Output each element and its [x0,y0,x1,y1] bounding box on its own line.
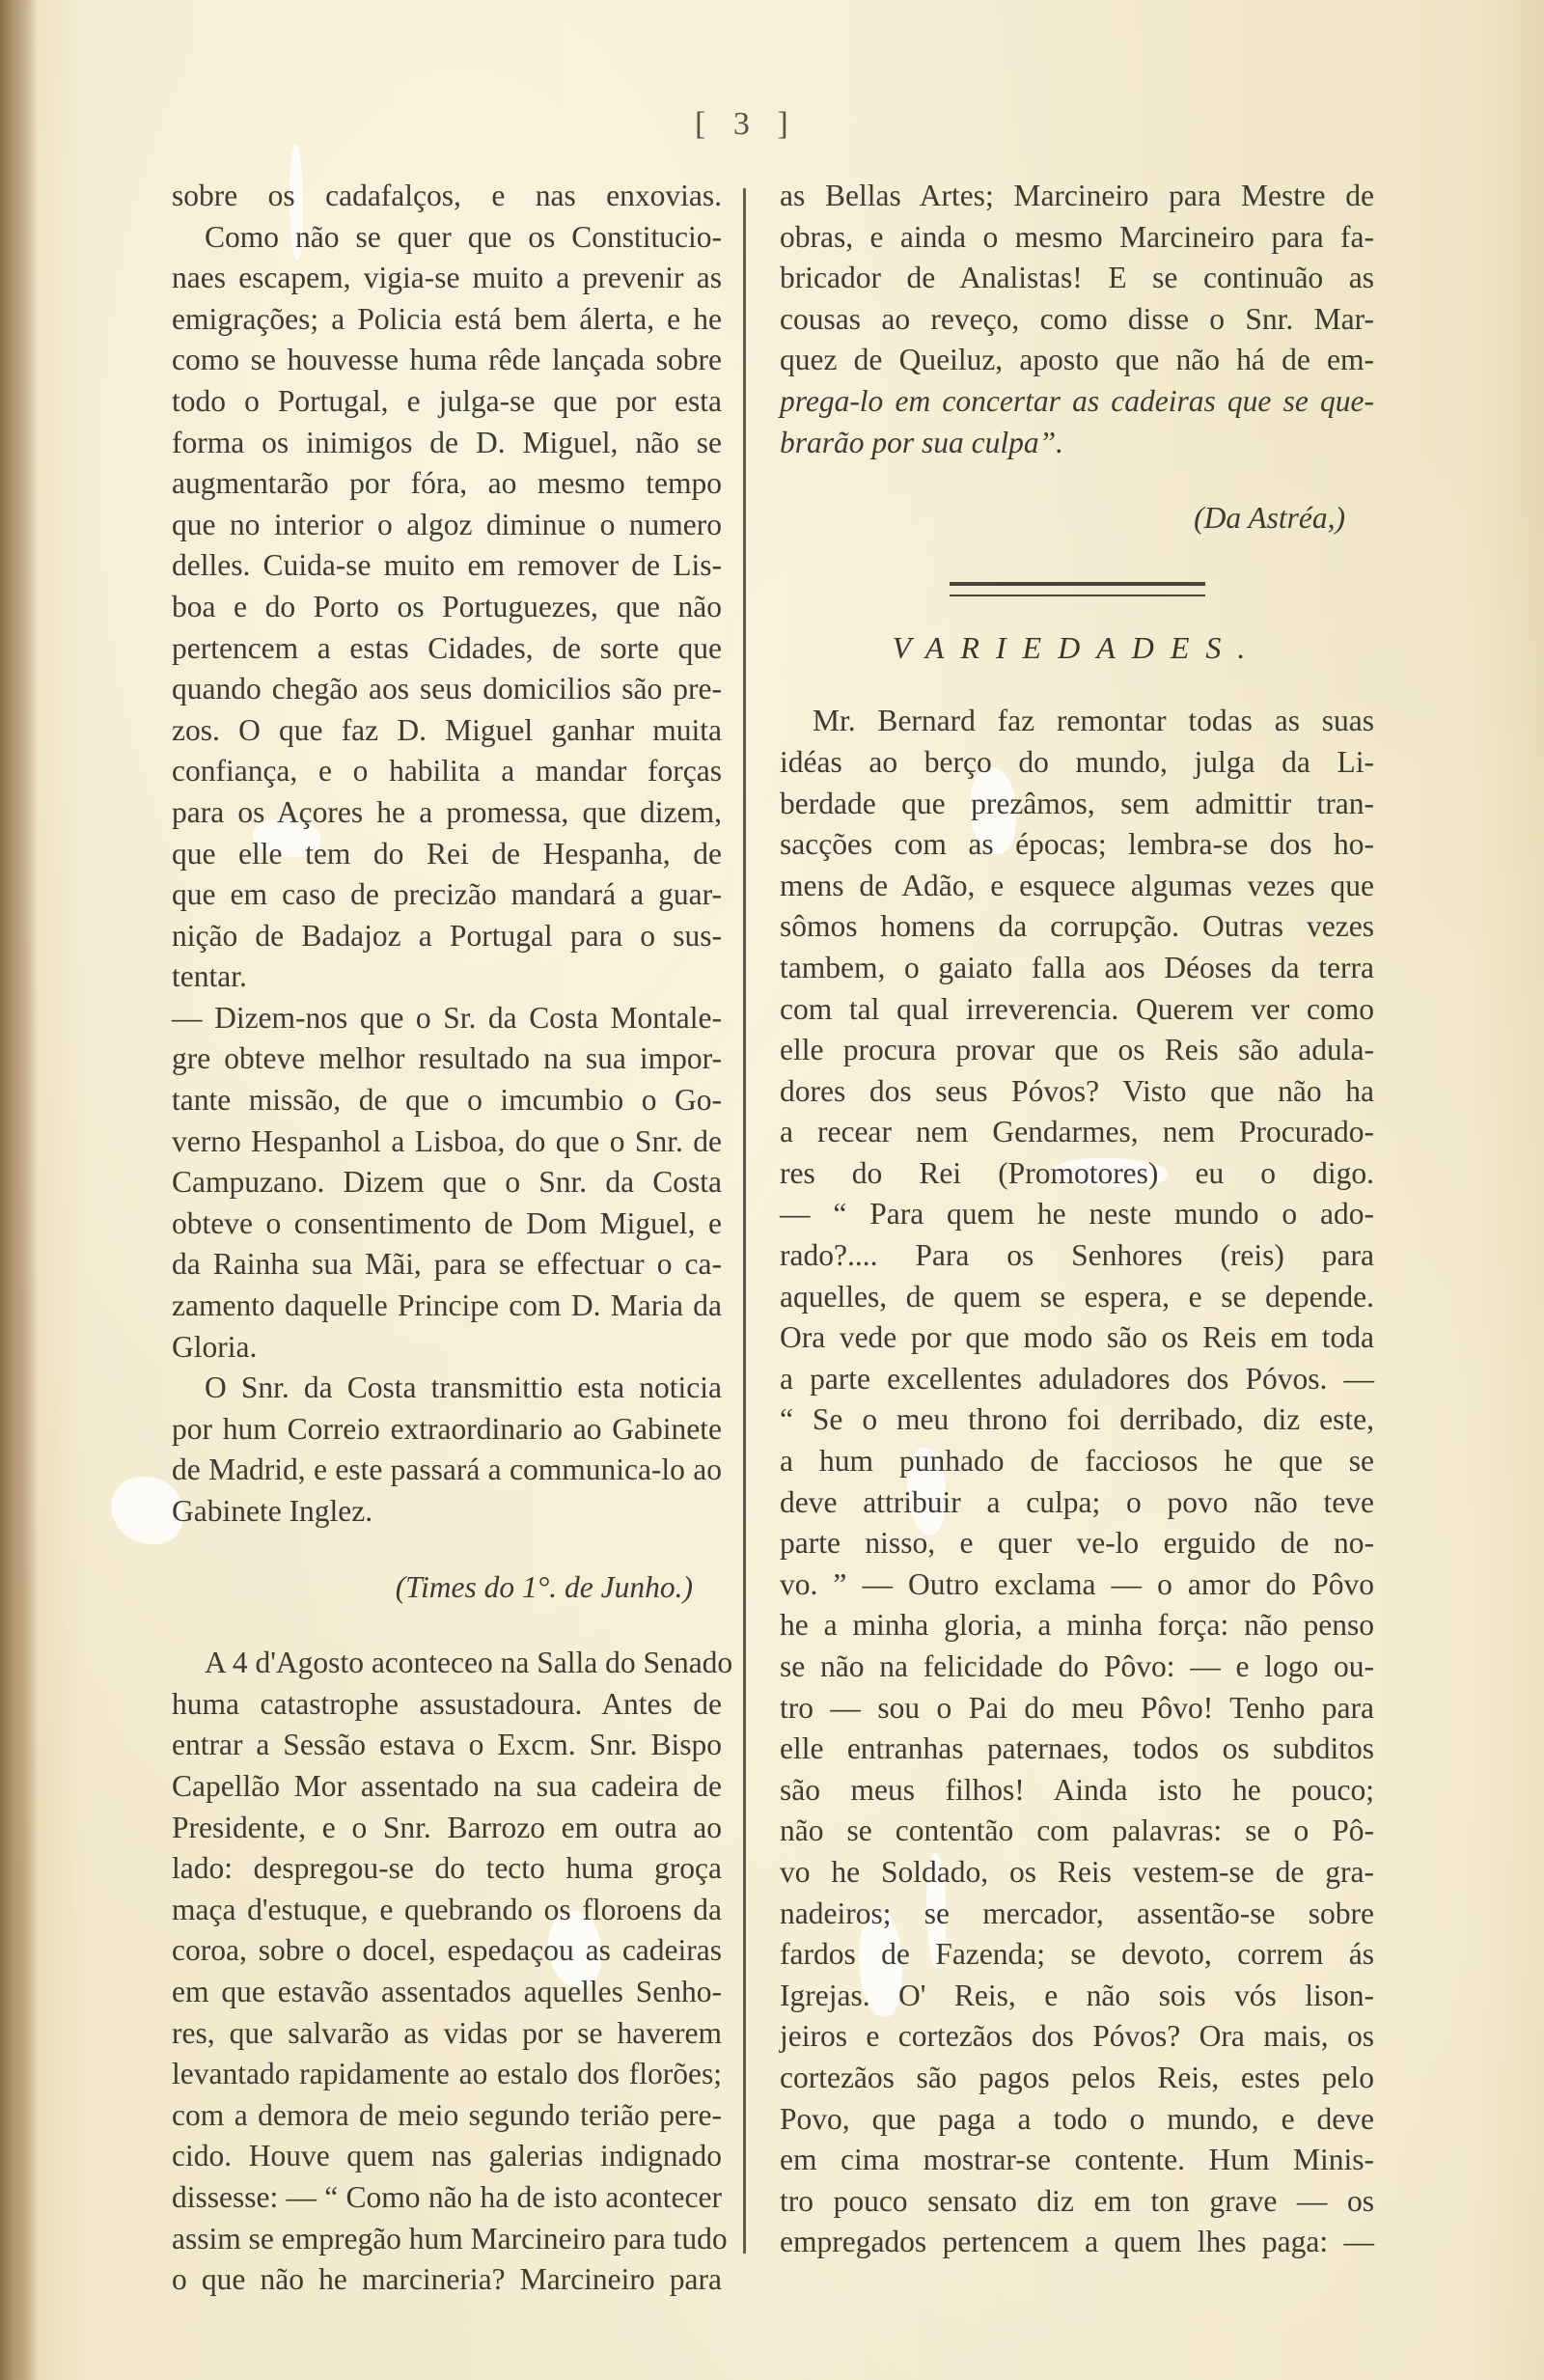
text-line: naes escapem, vigia-se muito a prevenir … [172,258,722,299]
text-line: Mr. Bernard faz remontar todas as suas [780,701,1374,742]
text-line: em cima mostrar-se contente. Hum Minis- [780,2140,1374,2181]
text-line: maça d'estuque, e quebrando os floroens … [172,1890,722,1931]
text-line: bricador de Analistas! E se continuão as [780,258,1374,299]
text-line: res, que salvarão as vidas por se havere… [172,2013,722,2055]
text-line: elle procura provar que os Reis são adul… [780,1030,1374,1071]
text-line: pertencem a estas Cidades, de sorte que [172,628,722,670]
text-line: tro pouco sensato diz em ton grave — os [780,2181,1374,2223]
text-line: zamento daquelle Principe com D. Maria d… [172,1286,722,1327]
text-line: tentar. [172,956,722,998]
text-line: berdade que prezâmos, sem admittir tran- [780,784,1374,825]
text-line: todo o Portugal, e julga-se que por esta [172,381,722,423]
text-line: assim se empregão hum Marcineiro para tu… [172,2219,722,2260]
text-line: Capellão Mor assentado na sua cadeira de [172,1766,722,1808]
text-line: parte nisso, e quer ve-lo erguido de no- [780,1523,1374,1564]
text-line: de Madrid, e este passará a communica-lo… [172,1450,722,1491]
section-heading: VARIEDADES. [780,627,1374,669]
text-line: rado?.... Para os Senhores (reis) para [780,1235,1374,1277]
text-line: tro — sou o Pai do meu Pôvo! Tenho para [780,1688,1374,1730]
text-line: levantado rapidamente ao estalo dos flor… [172,2054,722,2095]
text-line: zos. O que faz D. Miguel ganhar muita [172,710,722,752]
text-line: Presidente, e o Snr. Barrozo em outra ao [172,1808,722,1849]
text-line: quez de Queiluz, aposto que não há de em… [780,340,1374,381]
text-line: a parte excellentes aduladores dos Póvos… [780,1359,1374,1400]
text-line: — Dizem-nos que o Sr. da Costa Montale- [172,998,722,1039]
text-line: emigrações; a Policia está bem álerta, e… [172,299,722,341]
text-line: O Snr. da Costa transmittio esta noticia [172,1368,722,1409]
text-line: A 4 d'Agosto aconteceo na Salla do Senad… [172,1643,722,1684]
text-line: dissesse: — “ Como não ha de isto aconte… [172,2177,722,2219]
text-line: Povo, que paga a todo o mundo, e deve [780,2099,1374,2141]
spacer [172,1533,722,1567]
text-line: confiança, e o habilita a mandar forças [172,751,722,792]
text-line: boa e do Porto os Portuguezes, que não [172,587,722,628]
text-line: sobre os cadafalços, e nas enxovias. [172,176,722,217]
source-credit: (Times do 1°. de Junho.) [172,1567,722,1609]
text-line: huma catastrophe assustadoura. Antes de [172,1684,722,1726]
text-line: são meus filhos! Ainda isto he pouco; [780,1770,1374,1812]
page-number: [ 3 ] [695,106,798,143]
left-column: sobre os cadafalços, e nas enxovias. Com… [172,176,722,2301]
text-line: quando chegão aos seus domicilios são pr… [172,669,722,710]
text-line: como se houvesse huma rêde lançada sobre [172,340,722,381]
text-line: a hum punhado de facciosos he que se [780,1441,1374,1482]
text-line: Igrejas. O' Reis, e não sois vós lison- [780,1976,1374,2017]
text-line: obteve o consentimento de Dom Miguel, e [172,1204,722,1245]
text-line: a recear nem Gendarmes, nem Procurado- [780,1112,1374,1153]
text-line: vo. ” — Outro exclama — o amor do Pôvo [780,1564,1374,1606]
text-line: da Rainha sua Mãi, para se effectuar o c… [172,1244,722,1286]
text-line: elle entranhas paternaes, todos os subdi… [780,1729,1374,1770]
text-line: coroa, sobre o docel, espedaçou as cadei… [172,1930,722,1972]
text-line: — “ Para quem he neste mundo o ado- [780,1194,1374,1235]
text-line: Campuzano. Dizem que o Snr. da Costa [172,1162,722,1204]
source-credit: (Da Astréa,) [780,498,1374,540]
text-line: cortezãos são pagos pelos Reis, estes pe… [780,2058,1374,2099]
text-line: tambem, o gaiato falla aos Déoses da ter… [780,948,1374,989]
text-line: aquelles, de quem se espera, e se depend… [780,1277,1374,1318]
text-line: vo he Soldado, os Reis vestem-se de gra- [780,1852,1374,1894]
text-line: para os Açores he a promessa, que dizem, [172,792,722,834]
text-line: cido. Houve quem nas galerias indignado [172,2136,722,2177]
spacer [780,463,1374,498]
text-line: com tal qual irreverencia. Querem ver co… [780,989,1374,1031]
text-line: Gloria. [172,1327,722,1369]
text-line: mens de Adão, e esquece algumas vezes qu… [780,866,1374,907]
text-line: as Bellas Artes; Marcineiro para Mestre … [780,176,1374,217]
text-line: cousas ao reveço, como disse o Snr. Mar- [780,299,1374,341]
newspaper-page: [ 3 ] sobre os cadafalços, e nas enxovia… [0,0,1544,2380]
text-line: jeiros e cortezãos dos Póvos? Ora mais, … [780,2016,1374,2058]
text-line: que elle tem do Rei de Hespanha, de [172,834,722,875]
text-line: fardos de Fazenda; se devoto, correm ás [780,1934,1374,1976]
text-line: Ora vede por que modo são os Reis em tod… [780,1317,1374,1359]
section-double-rule [950,582,1205,596]
text-line: obras, e ainda o mesmo Marcineiro para f… [780,217,1374,259]
text-line: brarão por sua culpa”. [780,423,1374,464]
text-line: dores dos seus Póvos? Visto que não ha [780,1071,1374,1113]
text-line: res do Rei (Promotores) eu o digo. [780,1153,1374,1195]
text-line: “ Se o meu throno foi derribado, diz est… [780,1399,1374,1441]
text-line: nadeiros; se mercador, assentão-se sobre [780,1894,1374,1935]
page-binding-edge [0,0,37,2380]
text-line: o que não he marcineria? Marcineiro para [172,2259,722,2301]
text-line: forma os inimigos de D. Miguel, não se [172,423,722,464]
text-line: empregados pertencem a quem lhes paga: — [780,2222,1374,2263]
text-line: que no interior o algoz diminue o numero [172,505,722,546]
spacer [172,1608,722,1643]
right-column: as Bellas Artes; Marcineiro para Mestre … [780,176,1374,2263]
column-divider-rule [743,188,746,2254]
text-line: entrar a Sessão estava o Excm. Snr. Bisp… [172,1725,722,1766]
text-line: se não na felicidade do Pôvo: — e logo o… [780,1647,1374,1688]
text-line: com a demora de meio segundo terião pere… [172,2095,722,2137]
text-line: lado: despregou-se do tecto huma groça [172,1848,722,1890]
text-line: deve attribuir a culpa; o povo não teve [780,1482,1374,1524]
text-line: sacções com as épocas; lembra-se dos ho- [780,824,1374,866]
text-line: delles. Cuida-se muito em remover de Lis… [172,545,722,587]
text-line: Gabinete Inglez. [172,1491,722,1533]
text-line: idéas ao berço do mundo, julga da Li- [780,742,1374,784]
text-line: Como não se quer que os Constitucio- [172,217,722,259]
text-line: prega-lo em concertar as cadeiras que se… [780,381,1374,423]
text-line: não se contentão com palavras: se o Pô- [780,1811,1374,1852]
text-line: tante missão, de que o imcumbio o Go- [172,1080,722,1121]
text-line: sômos homens da corrupção. Outras vezes [780,906,1374,948]
text-line: he a minha gloria, a minha força: não pe… [780,1605,1374,1647]
text-line: augmentarão por fóra, ao mesmo tempo [172,463,722,505]
text-line: verno Hespanhol a Lisboa, do que o Snr. … [172,1121,722,1163]
text-line: que em caso de precizão mandará a guar- [172,874,722,916]
text-line: gre obteve melhor resultado na sua impor… [172,1038,722,1080]
text-line: por hum Correio extraordinario ao Gabine… [172,1409,722,1451]
text-line: em que estavão assentados aquelles Senho… [172,1972,722,2013]
text-line: nição de Badajoz a Portugal para o sus- [172,916,722,957]
